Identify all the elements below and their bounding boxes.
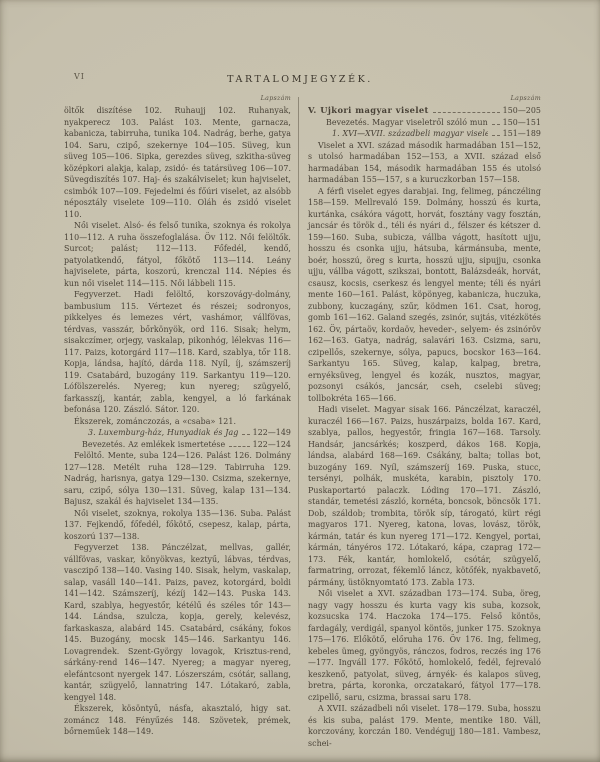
toc-paragraph: Fegyverzet. Hadi felöltő, korszovágy-dol…: [64, 289, 291, 416]
toc-entry-row: V. Ujkori magyar viselet150—205: [308, 105, 541, 117]
toc-paragraph: A férfi viselet egyes darabjai. Ing, fel…: [308, 186, 541, 405]
toc-entry-row: Bevezetés. Magyar viseletről szóló munká…: [308, 117, 541, 129]
page-title: TARTALOMJEGYZÉK.: [0, 74, 600, 85]
scanned-book-page: VI TARTALOMJEGYZÉK. Lapszám öltők diszít…: [0, 0, 600, 762]
toc-entry-leader: [492, 135, 500, 136]
toc-entry-row: Bevezetés. Az emlékek ismertetése122—124: [64, 439, 291, 451]
toc-entry-pages: 150—205: [503, 105, 541, 117]
toc-entry-leader: [433, 112, 500, 113]
toc-entry-label: 3. Luxemburg-ház, Hunyadiak és Jagellók …: [88, 427, 238, 439]
toc-entry-pages: 150—151: [503, 117, 541, 129]
toc-entry-row: 1. XVI—XVII. századbeli magyar viselet15…: [308, 128, 541, 140]
toc-paragraph: öltők diszítése 102. Ruhaujj 102. Ruhany…: [64, 105, 291, 220]
toc-paragraph: Viselet a XVI. század második harmadában…: [308, 140, 541, 186]
toc-column-left-blocks: öltők diszítése 102. Ruhaujj 102. Ruhany…: [64, 105, 291, 738]
toc-paragraph: Női viselet. Alsó- és felső tunika, szok…: [64, 220, 291, 289]
toc-entry-label: 1. XVI—XVII. századbeli magyar viselet: [332, 128, 488, 140]
toc-paragraph: Fegyverzet 138. Pánczélzat, mellvas, gal…: [64, 542, 291, 703]
toc-paragraph: Ékszerek, kösöntyű, násfa, akasztaló, hi…: [64, 703, 291, 738]
toc-column-right: Lapszám V. Ujkori magyar viselet150—205B…: [308, 94, 541, 749]
column-caption-lapszam: Lapszám: [64, 94, 291, 103]
column-divider-rule: [298, 97, 299, 654]
toc-entry-leader: [229, 446, 249, 447]
toc-paragraph: Női viselet a XVI. században 173—174. Su…: [308, 588, 541, 703]
toc-entry-pages: 122—124: [253, 439, 291, 451]
toc-entry-row: 3. Luxemburg-ház, Hunyadiak és Jagellók …: [64, 427, 291, 439]
toc-paragraph: A XVII. századbeli női viselet. 178—179.…: [308, 703, 541, 749]
toc-entry-label: V. Ujkori magyar viselet: [308, 105, 429, 117]
toc-paragraph: Ékszerek, zománczozás, a «csaba» 121.: [64, 416, 291, 428]
toc-entry-leader: [492, 124, 500, 125]
toc-entry-pages: 151—189: [503, 128, 541, 140]
toc-entry-label: Bevezetés. Az emlékek ismertetése: [82, 439, 225, 451]
toc-paragraph: Hadi viselet. Magyar sisak 166. Pánczélz…: [308, 404, 541, 588]
toc-entry-pages: 122—149: [253, 427, 291, 439]
toc-column-right-blocks: V. Ujkori magyar viselet150—205Bevezetés…: [308, 105, 541, 749]
toc-entry-label: Bevezetés. Magyar viseletről szóló munká…: [326, 117, 488, 129]
toc-paragraph: Felöltő. Mente, suba 124—126. Palást 126…: [64, 450, 291, 508]
toc-entry-leader: [242, 434, 250, 435]
column-caption-lapszam: Lapszám: [308, 94, 541, 103]
toc-column-left: Lapszám öltők diszítése 102. Ruhaujj 102…: [64, 94, 291, 738]
toc-paragraph: Női viselet, szoknya, rokolya 135—136. S…: [64, 508, 291, 543]
